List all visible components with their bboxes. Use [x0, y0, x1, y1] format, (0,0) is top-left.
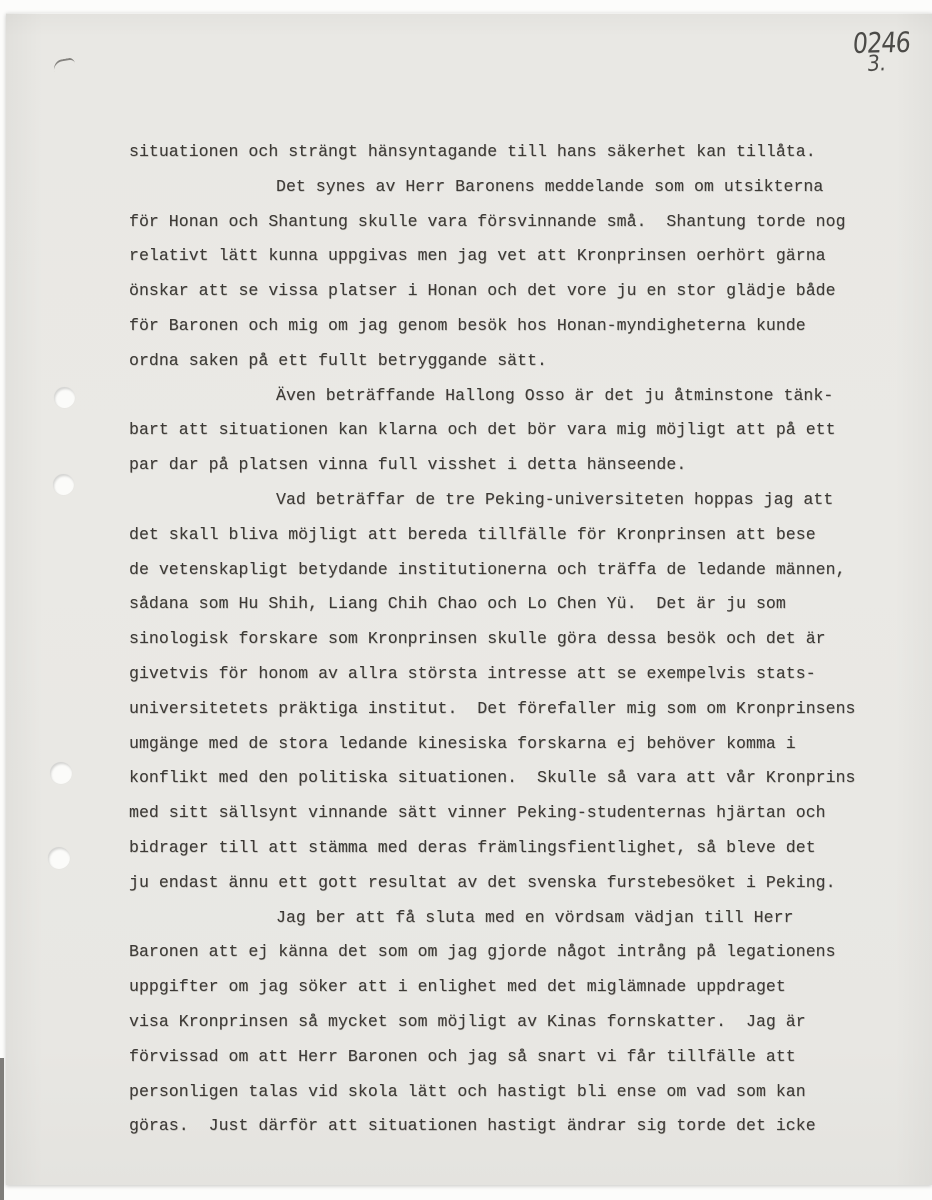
typed-line: relativt lätt kunna uppgivas men jag vet… [129, 239, 919, 274]
punch-hole [48, 847, 70, 869]
punch-hole [54, 387, 75, 408]
typed-line: situationen och strängt hänsyntagande ti… [129, 135, 919, 170]
typed-line: uppgifter om jag söker att i enlighet me… [129, 970, 919, 1005]
typed-line: förvissad om att Herr Baronen och jag så… [129, 1040, 919, 1075]
pen-mark [52, 57, 76, 72]
typed-line: bidrager till att stämma med deras främl… [129, 831, 919, 866]
page-number: 3. [866, 51, 887, 77]
typed-line: bart att situationen kan klarna och det … [129, 413, 919, 448]
typed-line: Baronen att ej känna det som om jag gjor… [129, 935, 919, 970]
typed-line: göras. Just därför att situationen hasti… [129, 1109, 919, 1144]
typed-line: Även beträffande Hallong Osso är det ju … [129, 379, 919, 414]
scanned-document-page: 0246 3. situationen och strängt hänsynta… [0, 0, 932, 1200]
typed-line: för Baronen och mig om jag genom besök h… [129, 309, 919, 344]
typed-line: par dar på platsen vinna full visshet i … [129, 448, 919, 483]
typed-line: med sitt sällsynt vinnande sätt vinner P… [129, 796, 919, 831]
typed-line: Vad beträffar de tre Peking-universitete… [129, 483, 919, 518]
punch-hole [50, 762, 72, 784]
document-sheet: 0246 3. situationen och strängt hänsynta… [6, 13, 932, 1185]
typed-line: visa Kronprinsen så mycket som möjligt a… [129, 1005, 919, 1040]
typed-line: personligen talas vid skola lätt och has… [129, 1075, 919, 1110]
typed-line: umgänge med de stora ledande kinesiska f… [129, 727, 919, 762]
typed-line: ju endast ännu ett gott resultat av det … [129, 866, 919, 901]
typed-line: önskar att se vissa platser i Honan och … [129, 274, 919, 309]
typed-line: sinologisk forskare som Kronprinsen skul… [129, 622, 919, 657]
typed-line: givetvis för honom av allra största intr… [129, 657, 919, 692]
typed-text-block: situationen och strängt hänsyntagande ti… [129, 135, 919, 1144]
scan-edge-artifact [0, 1058, 4, 1200]
typed-line: det skall bliva möjligt att bereda tillf… [129, 518, 919, 553]
typed-line: universitetets präktiga institut. Det fö… [129, 692, 919, 727]
typed-line: sådana som Hu Shih, Liang Chih Chao och … [129, 587, 919, 622]
typed-line: Det synes av Herr Baronens meddelande so… [129, 170, 919, 205]
typed-line: konflikt med den politiska situationen. … [129, 761, 919, 796]
typed-line: för Honan och Shantung skulle vara försv… [129, 205, 919, 240]
typed-line: de vetenskapligt betydande institutioner… [129, 553, 919, 588]
typed-line: Jag ber att få sluta med en vördsam vädj… [129, 901, 919, 936]
punch-hole [53, 474, 74, 495]
typed-line: ordna saken på ett fullt betryggande sät… [129, 344, 919, 379]
